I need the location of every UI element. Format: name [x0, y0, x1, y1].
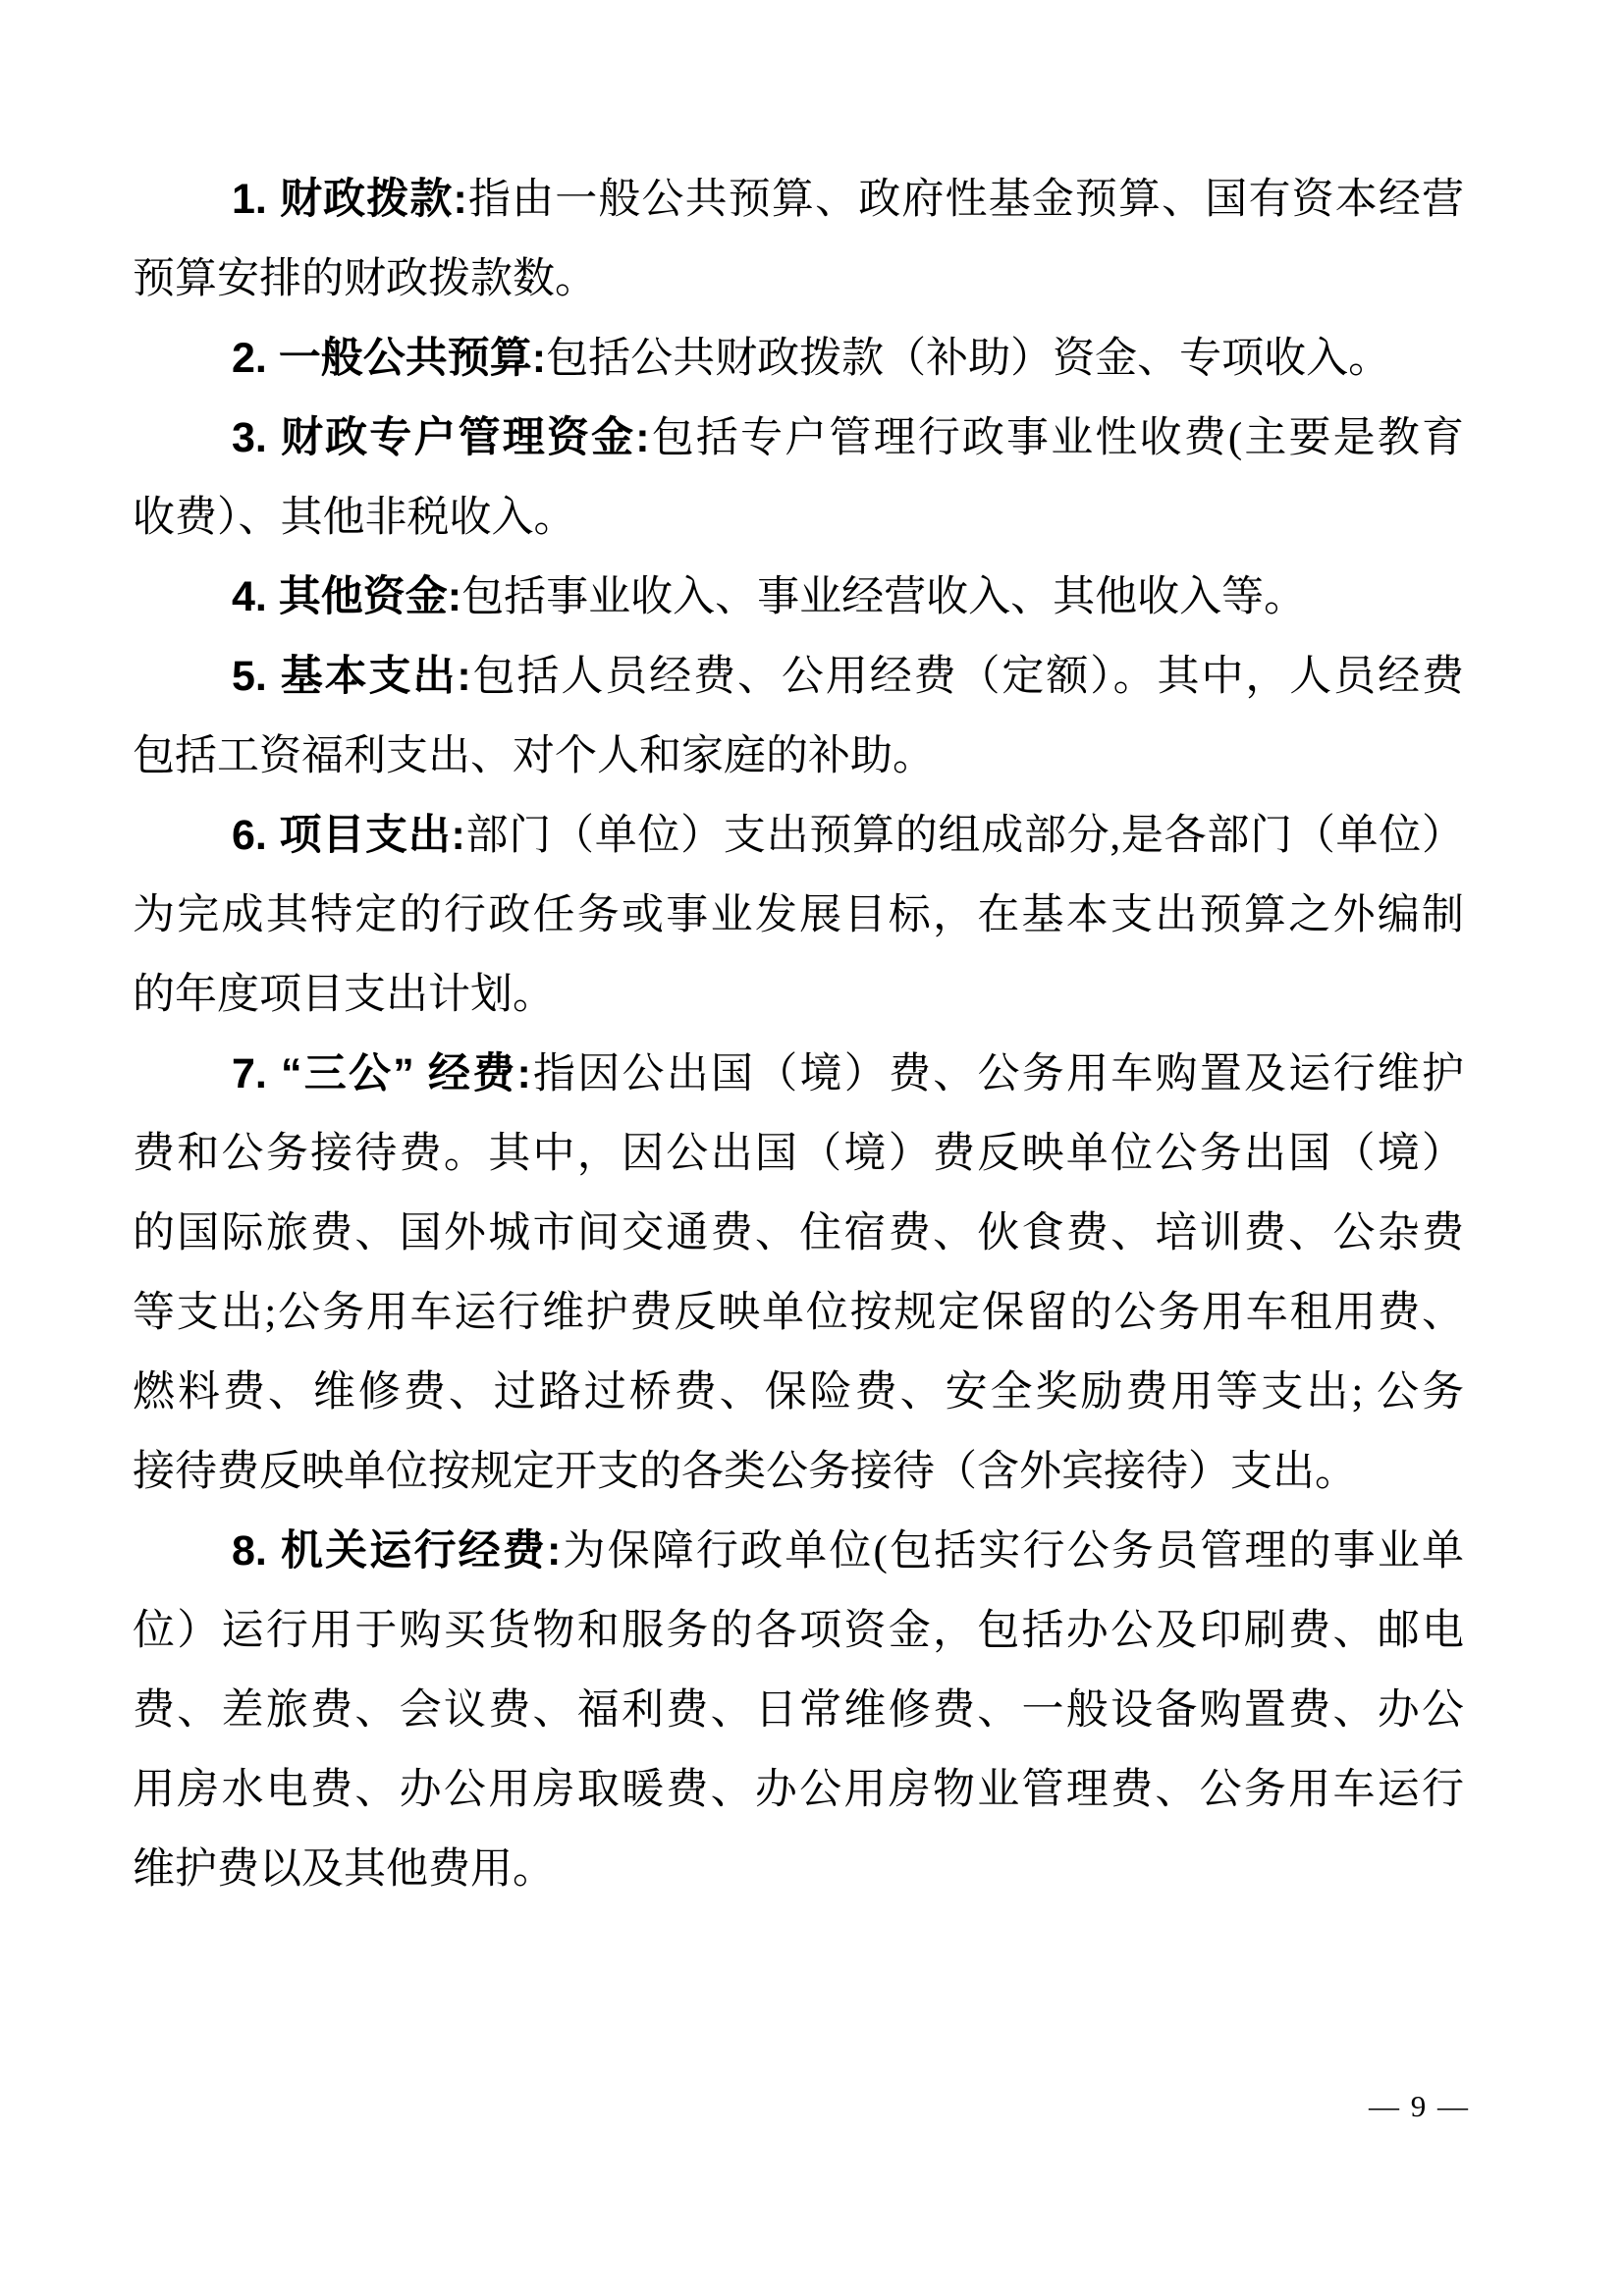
text-line: 包括工资福利支出、对个人和家庭的补助。 [133, 717, 1464, 796]
text-line: 1. 财政拨款:指由一般公共预算、政府性基金预算、国有资本经营 [133, 160, 1464, 240]
body-text: 接待费反映单位按规定开支的各类公务接待（含外宾接待）支出。 [133, 1449, 1357, 1495]
text-line: 8. 机关运行经费:为保障行政单位(包括实行公务员管理的事业单 [133, 1512, 1464, 1591]
page-number: — 9 — [1369, 2085, 1470, 2128]
paragraph: 6. 项目支出:部门（单位）支出预算的组成部分,是各部门（单位）为完成其特定的行… [133, 796, 1464, 1035]
text-line: 费和公务接待费。其中，因公出国（境）费反映单位公务出国（境） [133, 1114, 1464, 1194]
paragraph: 1. 财政拨款:指由一般公共预算、政府性基金预算、国有资本经营预算安排的财政拨款… [133, 160, 1464, 319]
text-line: 接待费反映单位按规定开支的各类公务接待（含外宾接待）支出。 [133, 1432, 1464, 1512]
body-text: 费、差旅费、会议费、福利费、日常维修费、一般设备购置费、办公 [133, 1687, 1464, 1734]
text-line: 燃料费、维修费、过路过桥费、保险费、安全奖励费用等支出; 公务 [133, 1353, 1464, 1432]
term-label: 2. 一般公共预算: [232, 335, 546, 382]
body-text: 包括人员经费、公用经费（定额）。其中，人员经费 [471, 654, 1464, 700]
text-line: 费、差旅费、会议费、福利费、日常维修费、一般设备购置费、办公 [133, 1671, 1464, 1750]
term-label: 4. 其他资金: [232, 573, 461, 620]
text-line: 维护费以及其他费用。 [133, 1830, 1464, 1909]
body-text: 部门（单位）支出预算的组成部分,是各部门（单位） [465, 813, 1464, 859]
text-line: 3. 财政专户管理资金:包括专户管理行政事业性收费(主要是教育 [133, 399, 1464, 478]
term-label: 7. “三公” 经费: [232, 1050, 531, 1097]
body-text: 收费）、其他非税收入。 [133, 495, 576, 541]
paragraph: 2. 一般公共预算:包括公共财政拨款（补助）资金、专项收入。 [133, 319, 1464, 399]
text-line: 5. 基本支出:包括人员经费、公用经费（定额）。其中，人员经费 [133, 637, 1464, 717]
text-line: 2. 一般公共预算:包括公共财政拨款（补助）资金、专项收入。 [133, 319, 1464, 399]
body-text: 的年度项目支出计划。 [133, 972, 555, 1018]
body-text: 预算安排的财政拨款数。 [133, 256, 597, 302]
paragraph: 4. 其他资金:包括事业收入、事业经营收入、其他收入等。 [133, 558, 1464, 637]
body-text: 指由一般公共预算、政府性基金预算、国有资本经营 [467, 177, 1464, 223]
paragraph: 7. “三公” 经费:指因公出国（境）费、公务用车购置及运行维护费和公务接待费。… [133, 1035, 1464, 1512]
term-label: 6. 项目支出: [232, 812, 465, 859]
body-text: 包括专户管理行政事业性收费(主要是教育 [650, 415, 1464, 461]
text-line: 的年度项目支出计划。 [133, 955, 1464, 1035]
text-line: 的国际旅费、国外城市间交通费、住宿费、伙食费、培训费、公杂费 [133, 1194, 1464, 1273]
text-line: 用房水电费、办公用房取暖费、办公用房物业管理费、公务用车运行 [133, 1750, 1464, 1830]
body-text: 用房水电费、办公用房取暖费、办公用房物业管理费、公务用车运行 [133, 1767, 1464, 1813]
term-label: 3. 财政专户管理资金: [232, 414, 650, 461]
paragraph: 3. 财政专户管理资金:包括专户管理行政事业性收费(主要是教育收费）、其他非税收… [133, 399, 1464, 558]
term-label: 8. 机关运行经费: [232, 1527, 561, 1575]
body-text: 包括事业收入、事业经营收入、其他收入等。 [461, 574, 1306, 620]
body-text: 包括工资福利支出、对个人和家庭的补助。 [133, 733, 935, 779]
term-label: 1. 财政拨款: [232, 176, 467, 223]
body-text: 维护费以及其他费用。 [133, 1846, 555, 1893]
text-line: 4. 其他资金:包括事业收入、事业经营收入、其他收入等。 [133, 558, 1464, 637]
body-text: 的国际旅费、国外城市间交通费、住宿费、伙食费、培训费、公杂费 [133, 1210, 1464, 1256]
term-label: 5. 基本支出: [232, 653, 471, 700]
text-line: 为完成其特定的行政任务或事业发展目标，在基本支出预算之外编制 [133, 876, 1464, 955]
text-line: 预算安排的财政拨款数。 [133, 240, 1464, 319]
body-text: 燃料费、维修费、过路过桥费、保险费、安全奖励费用等支出; 公务 [133, 1369, 1464, 1415]
body-text: 包括公共财政拨款（补助）资金、专项收入。 [546, 336, 1390, 382]
paragraph: 8. 机关运行经费:为保障行政单位(包括实行公务员管理的事业单位）运行用于购买货… [133, 1512, 1464, 1909]
body-text: 位）运行用于购买货物和服务的各项资金，包括办公及印刷费、邮电 [133, 1608, 1464, 1654]
body-text: 为保障行政单位(包括实行公务员管理的事业单 [561, 1528, 1464, 1575]
body-text: 等支出;公务用车运行维护费反映单位按规定保留的公务用车租用费、 [133, 1290, 1464, 1336]
body-text: 指因公出国（境）费、公务用车购置及运行维护 [531, 1051, 1464, 1097]
body-text: 费和公务接待费。其中，因公出国（境）费反映单位公务出国（境） [133, 1131, 1464, 1177]
text-line: 7. “三公” 经费:指因公出国（境）费、公务用车购置及运行维护 [133, 1035, 1464, 1114]
text-line: 位）运行用于购买货物和服务的各项资金，包括办公及印刷费、邮电 [133, 1591, 1464, 1671]
document-page: 1. 财政拨款:指由一般公共预算、政府性基金预算、国有资本经营预算安排的财政拨款… [0, 0, 1624, 2296]
text-line: 6. 项目支出:部门（单位）支出预算的组成部分,是各部门（单位） [133, 796, 1464, 876]
text-line: 等支出;公务用车运行维护费反映单位按规定保留的公务用车租用费、 [133, 1273, 1464, 1353]
text-line: 收费）、其他非税收入。 [133, 478, 1464, 558]
paragraph: 5. 基本支出:包括人员经费、公用经费（定额）。其中，人员经费包括工资福利支出、… [133, 637, 1464, 796]
body-text: 为完成其特定的行政任务或事业发展目标，在基本支出预算之外编制 [133, 892, 1464, 938]
text-block: 1. 财政拨款:指由一般公共预算、政府性基金预算、国有资本经营预算安排的财政拨款… [133, 160, 1464, 1909]
